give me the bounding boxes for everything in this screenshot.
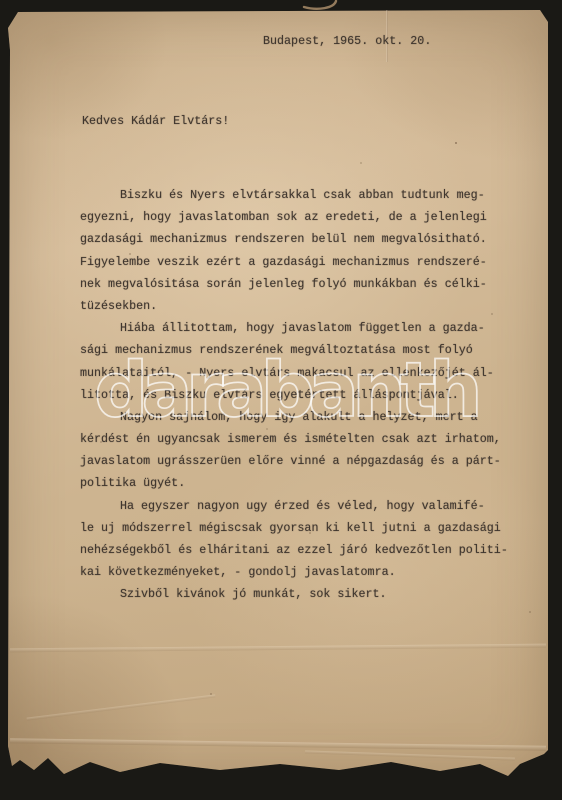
letter-line: nek megvalósitása során jelenleg folyó m… <box>80 273 508 295</box>
salutation: Kedves Kádár Elvtárs! <box>82 114 229 128</box>
letter-line: egyezni, hogy javaslatomban sok az erede… <box>80 206 508 228</box>
letter-line: Figyelembe veszik ezért a gazdasági mech… <box>80 251 508 273</box>
pen-mark <box>296 0 340 12</box>
letter-line: kai következményeket, - gondolj javaslat… <box>80 561 508 583</box>
letter-line: Szivből kivánok jó munkát, sok sikert. <box>80 583 508 605</box>
letter-line: Ha egyszer nagyon ugy érzed és véled, ho… <box>80 495 508 517</box>
letter-line: kérdést én ugyancsak ismerem és ismételt… <box>80 428 508 450</box>
letter-line: tüzésekben. <box>80 295 508 317</box>
letter-body: Biszku és Nyers elvtársakkal csak abban … <box>80 184 508 606</box>
letter-line: Biszku és Nyers elvtársakkal csak abban … <box>80 184 508 206</box>
letter-line: gazdasági mechanizmus rendszeren belül n… <box>80 228 508 250</box>
letter-line: Hiába állitottam, hogy javaslatom függet… <box>80 317 508 339</box>
paper-speckles <box>8 10 10 12</box>
letter-line: sági mechanizmus rendszerének megváltozt… <box>80 339 508 361</box>
letter-line: javaslatom ugrásszerüen előre vinné a né… <box>80 450 508 472</box>
letter-line: nehézségekből és elháritani az ezzel jár… <box>80 539 508 561</box>
letter-line: munkálataitól, - Nyers elvtárs makacsul … <box>80 362 508 384</box>
date-line: Budapest, 1965. okt. 20. <box>263 34 431 48</box>
letter-line: litotta, és Biszku elvtárs egyetértett á… <box>80 384 508 406</box>
letter-line: le uj módszerrel mégiscsak gyorsan ki ke… <box>80 517 508 539</box>
letter-line: politika ügyét. <box>80 472 508 494</box>
letter-line: Nagyon sajnálom, hogy igy alakult a hely… <box>80 406 508 428</box>
scanned-letter-photo: Budapest, 1965. okt. 20. Kedves Kádár El… <box>0 0 562 800</box>
